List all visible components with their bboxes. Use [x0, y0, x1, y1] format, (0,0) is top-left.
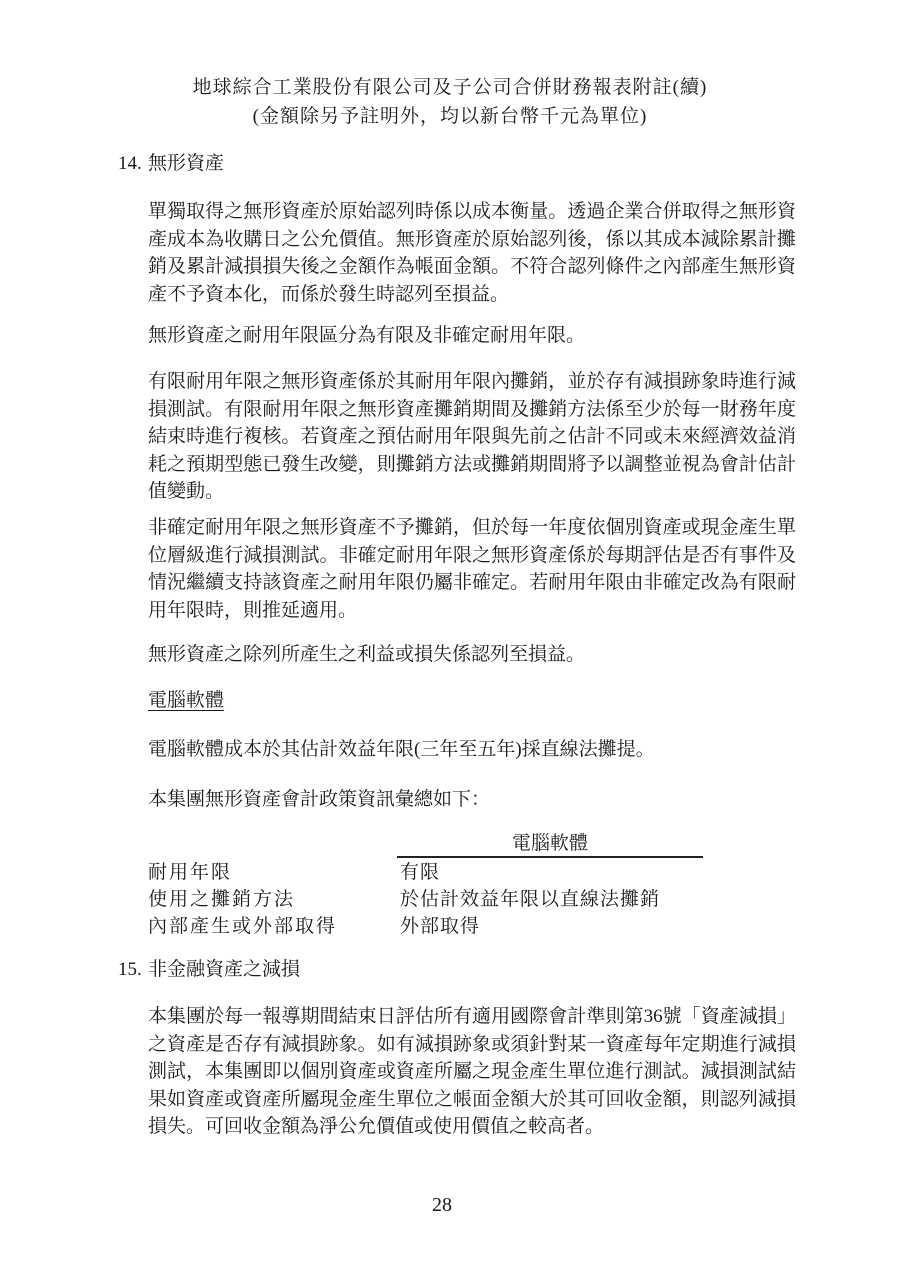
policy-table-row-label: 使用之攤銷方法	[148, 886, 295, 914]
document-title: 地球綜合工業股份有限公司及子公司合併財務報表附註(續)	[0, 74, 900, 102]
policy-table-row-value: 外部取得	[400, 913, 480, 941]
policy-table-header-rule	[397, 856, 703, 858]
policy-summary-intro: 本集團無形資產會計政策資訊彙總如下：	[148, 786, 796, 814]
section-14-paragraph-4: 非確定耐用年限之無形資產不予攤銷，但於每一年度依個別資產或現金產生單位層級進行減…	[148, 514, 796, 624]
page-number: 28	[420, 1192, 464, 1220]
section-14-paragraph-5: 無形資產之除列所產生之利益或損失係認列至損益。	[148, 641, 796, 669]
section-15-number: 15.	[118, 956, 148, 984]
section-14-heading: 14.無形資產	[118, 150, 224, 178]
section-14-title: 無形資產	[148, 153, 224, 174]
section-14-paragraph-2: 無形資產之耐用年限區分為有限及非確定耐用年限。	[148, 322, 796, 350]
policy-table-row-label: 耐用年限	[148, 859, 232, 887]
section-14-paragraph-1: 單獨取得之無形資產於原始認列時係以成本衡量。透過企業合併取得之無形資產成本為收購…	[148, 198, 796, 308]
computer-software-subheading: 電腦軟體	[148, 687, 224, 715]
section-14-paragraph-3: 有限耐用年限之無形資產係於其耐用年限內攤銷，並於存有減損跡象時進行減損測試。有限…	[148, 368, 796, 506]
policy-table-column-header: 電腦軟體	[397, 830, 703, 858]
document-subtitle: (金額除另予註明外，均以新台幣千元為單位)	[0, 103, 900, 131]
policy-table-row-value: 於估計效益年限以直線法攤銷	[400, 886, 660, 914]
computer-software-paragraph: 電腦軟體成本於其估計效益年限(三年至五年)採直線法攤提。	[148, 736, 796, 764]
policy-table-row-value: 有限	[400, 859, 440, 887]
section-15-paragraph-1: 本集團於每一報導期間結束日評估所有適用國際會計準則第36號「資產減損」之資產是否…	[148, 1003, 796, 1141]
section-15-heading: 15.非金融資產之減損	[118, 956, 300, 984]
document-page: 地球綜合工業股份有限公司及子公司合併財務報表附註(續) (金額除另予註明外，均以…	[0, 0, 900, 1273]
section-14-number: 14.	[118, 150, 148, 178]
policy-table-row-label: 內部產生或外部取得	[148, 913, 337, 941]
section-15-title: 非金融資產之減損	[148, 959, 300, 980]
